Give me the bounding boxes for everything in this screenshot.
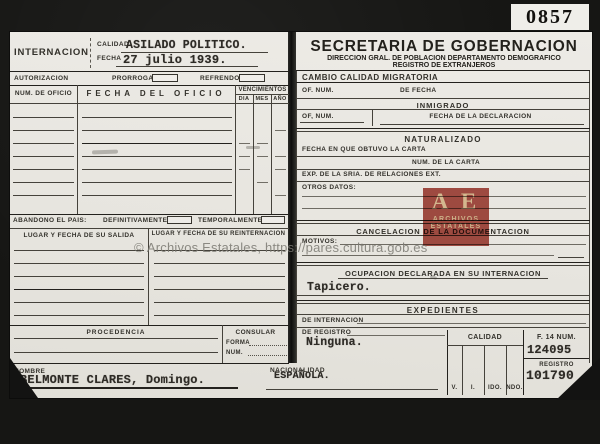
blank-line [14,338,218,339]
col-vencimientos: VENCIMIENTOS [236,87,289,93]
rule [296,295,590,296]
table-row-line [13,182,74,183]
rule [10,85,289,86]
fecha-underline [116,66,258,67]
nombre-underline [13,387,238,389]
table-row-line [13,169,74,170]
blank-line [14,352,218,353]
refrendo-checkbox [239,74,265,82]
blank-line [154,289,285,290]
venc-dash [239,143,250,144]
venc-dash [275,169,286,170]
table-row-line [82,156,232,157]
rule [447,345,523,346]
calidad-col-v: V. [447,385,462,391]
nacionalidad-underline [266,389,438,390]
blank-line [558,257,584,258]
venc-dash [275,156,286,157]
rule [10,363,289,364]
table-row-line [13,130,74,131]
rule [10,214,289,215]
blank-line [14,250,144,251]
rule [296,131,590,132]
blank-line [357,323,586,324]
table-row-line [82,195,232,196]
venc-dash [239,169,250,170]
blank-line [14,302,144,303]
calidad-col-ndo: NDO. [506,385,523,391]
calidad-col-i: I. [462,385,484,391]
archivos-estatales-logo: A E ARCHIVOS ESTATALES [423,188,489,246]
blank-line [14,289,144,290]
nacionalidad-value: ESPAÑOLA. [274,371,330,382]
table-row-line [82,143,232,144]
venc-dash [257,143,268,144]
expediente-value: Ninguna. [306,336,363,349]
consular-num-label: NUM. [226,350,243,356]
venc-dash [257,182,268,183]
temporalmente-checkbox [261,216,285,224]
table-vline [235,85,236,214]
col-fecha-oficio: FECHA DEL OFICIO [77,89,235,98]
blank-line [154,263,285,264]
rule [296,262,590,263]
table-row-line [82,182,232,183]
col-num-oficio: NUM. DE OFICIO [10,90,77,97]
col-dia: DIA [235,96,253,102]
direccion-subtitle: DIRECCION GRAL. DE POBLACION DEPARTAMENT… [298,55,590,62]
venc-dash [239,156,250,157]
reinternacion-header: LUGAR Y FECHA DE SU REINTERNACION [148,231,289,237]
rule [296,98,590,99]
col-mes: MES [253,96,271,102]
registro-extranjeros-subtitle: REGISTRO DE EXTRANJEROS [298,62,590,69]
fecha-value: 27 julio 1939. [123,53,227,67]
table-vline [253,94,254,214]
panel-border-left [296,70,297,363]
blank-line [302,255,554,256]
table-row-line [82,117,232,118]
forma-label: FORMA [226,340,250,346]
fecha-carta-label: FECHA EN QUE OBTUVO LA CARTA [302,146,426,153]
num-carta-label: NUM. DE LA CARTA [412,159,480,166]
pencil-smudge [246,146,260,149]
logo-line2: ESTATALES [423,223,489,230]
archive-number-stamp: 0857 [511,4,589,30]
de-registro-label: DE REGISTRO [302,329,351,336]
rule [296,156,590,157]
definitivamente-label: DEFINITIVAMENTE [103,217,167,224]
prorroga-checkbox [152,74,178,82]
rule [296,300,590,301]
table-row-line [82,169,232,170]
prorroga-label: PRORROGA [112,75,153,82]
rule [10,228,289,229]
f14-value: 124095 [527,343,571,357]
fecha-declaracion-label: FECHA DE LA DECLARACION [372,113,589,120]
blank-line [154,315,285,316]
rule [296,70,590,71]
rule [338,278,548,279]
blank-line [14,315,144,316]
table-vline [77,85,78,214]
card-fold-divider [288,32,296,363]
ocupacion-header: OCUPACION DECLARADA EN SU INTERNACION [296,269,590,278]
table-row-line [13,143,74,144]
rule [296,327,590,328]
forma-dotted-line [249,345,287,346]
blank-line [14,276,144,277]
col-ano: AÑO [271,96,289,102]
blank-line [380,124,584,125]
rule [296,169,590,170]
rule [296,128,590,129]
rule [296,109,590,110]
blank-line [14,263,144,264]
blank-line [154,276,285,277]
procedencia-header: PROCEDENCIA [10,329,222,336]
calidad-header: CALIDAD [447,334,523,341]
card-paper [10,32,592,398]
salida-header: LUGAR Y FECHA DE SU SALIDA [10,232,148,239]
rule [236,94,289,95]
table-row-line [13,117,74,118]
temporalmente-label: TEMPORALMENTE [198,217,262,224]
watermark-text: © Archivos Estatales, https://pares.cult… [134,240,427,255]
refrendo-label: REFRENDO [200,75,240,82]
otros-datos-label: OTROS DATOS: [302,184,356,191]
rule [10,71,289,72]
de-internacion-label: DE INTERNACION [302,317,364,324]
internacion-divider [90,38,91,68]
autorizacion-label: AUTORIZACION [14,75,69,82]
rule [10,325,289,326]
nombre-value: BELMONTE CLARES, Domingo. [20,373,205,387]
of-num-label: OF. NUM. [302,87,334,94]
rule [296,82,590,83]
registro-value: 101790 [526,368,574,383]
internacion-label: INTERNACION [14,47,89,58]
secretaria-title: SECRETARIA DE GOBERNACION [298,38,590,56]
venc-dash [275,195,286,196]
abandono-label: ABANDONO EL PAIS: [13,217,87,224]
rule [296,303,590,304]
consular-header: CONSULAR [222,329,289,336]
rule [296,314,590,315]
rule [296,181,590,182]
definitivamente-checkbox [167,216,192,224]
cambio-calidad-title: CAMBIO CALIDAD MIGRATORIA [302,73,438,82]
blank-line [300,122,364,123]
rule [296,265,590,266]
table-vline [271,94,272,214]
table-row-line [82,130,232,131]
table-row-line [13,156,74,157]
calidad-label: CALIDAD [97,41,129,48]
exp-sria-label: EXP. DE LA SRIA. DE RELACIONES EXT. [302,171,441,178]
scanned-card-page: 0857 INTERNACION CALIDAD ASILADO POLITIC… [0,0,600,444]
logo-line1: ARCHIVOS [423,216,489,223]
rule [10,103,289,104]
table-row-line [13,195,74,196]
logo-initials: A E [423,189,489,215]
blank-line [154,302,285,303]
f14-label: F. 14 NUM. [523,334,590,341]
f14-underline [523,358,589,359]
calidad-col-ido: IDO. [484,385,506,391]
num-dotted-line [248,355,287,356]
of-num2-label: OF, NUM. [302,113,334,120]
de-fecha-label: DE FECHA [400,87,436,94]
calidad-value: ASILADO POLITICO. [126,39,247,52]
venc-dash [275,130,286,131]
naturalizado-header: NATURALIZADO [296,135,590,144]
fecha-label: FECHA [97,55,121,62]
venc-dash [257,156,268,157]
ocupacion-value: Tapicero. [307,281,371,294]
panel-border-right [589,70,590,363]
